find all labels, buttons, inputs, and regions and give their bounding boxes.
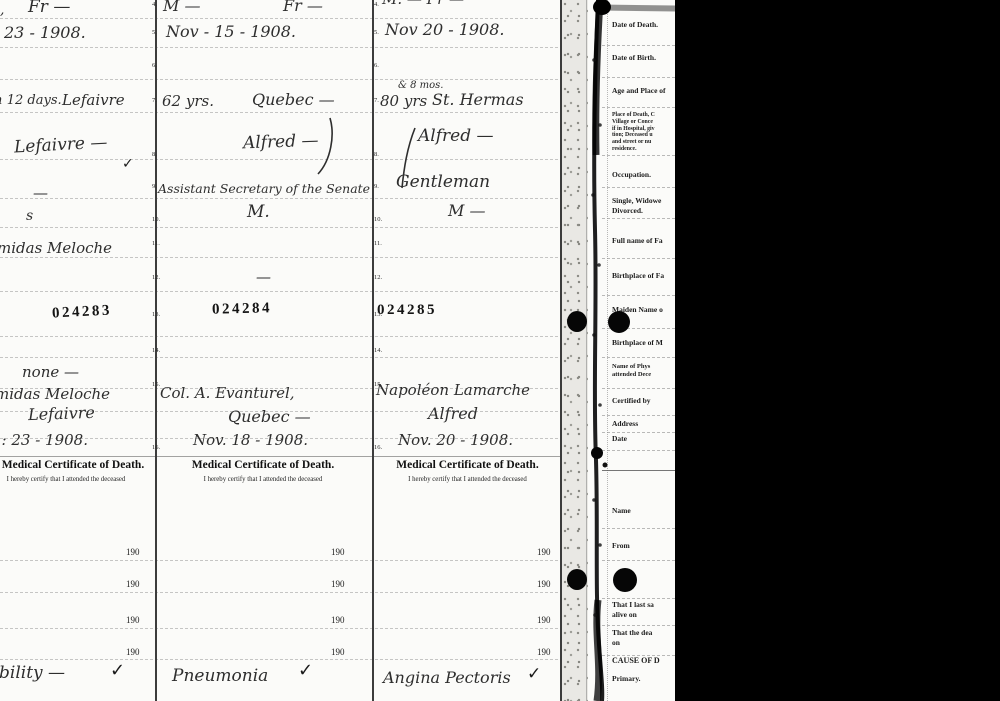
punch-hole bbox=[567, 569, 587, 590]
checkmark-stroke bbox=[402, 128, 415, 188]
punch-hole bbox=[613, 568, 637, 592]
punch-hole bbox=[608, 311, 630, 333]
binding-shadow bbox=[0, 0, 675, 701]
register-left-page: , Fr — 23 - 1908. …th 12 days. Lefaivre … bbox=[0, 0, 675, 701]
checkmark-stroke bbox=[318, 118, 332, 174]
scanned-register-screenshot: , Fr — 23 - 1908. …th 12 days. Lefaivre … bbox=[0, 0, 1000, 701]
punch-hole bbox=[567, 311, 587, 332]
scanner-black-background bbox=[675, 0, 1000, 701]
